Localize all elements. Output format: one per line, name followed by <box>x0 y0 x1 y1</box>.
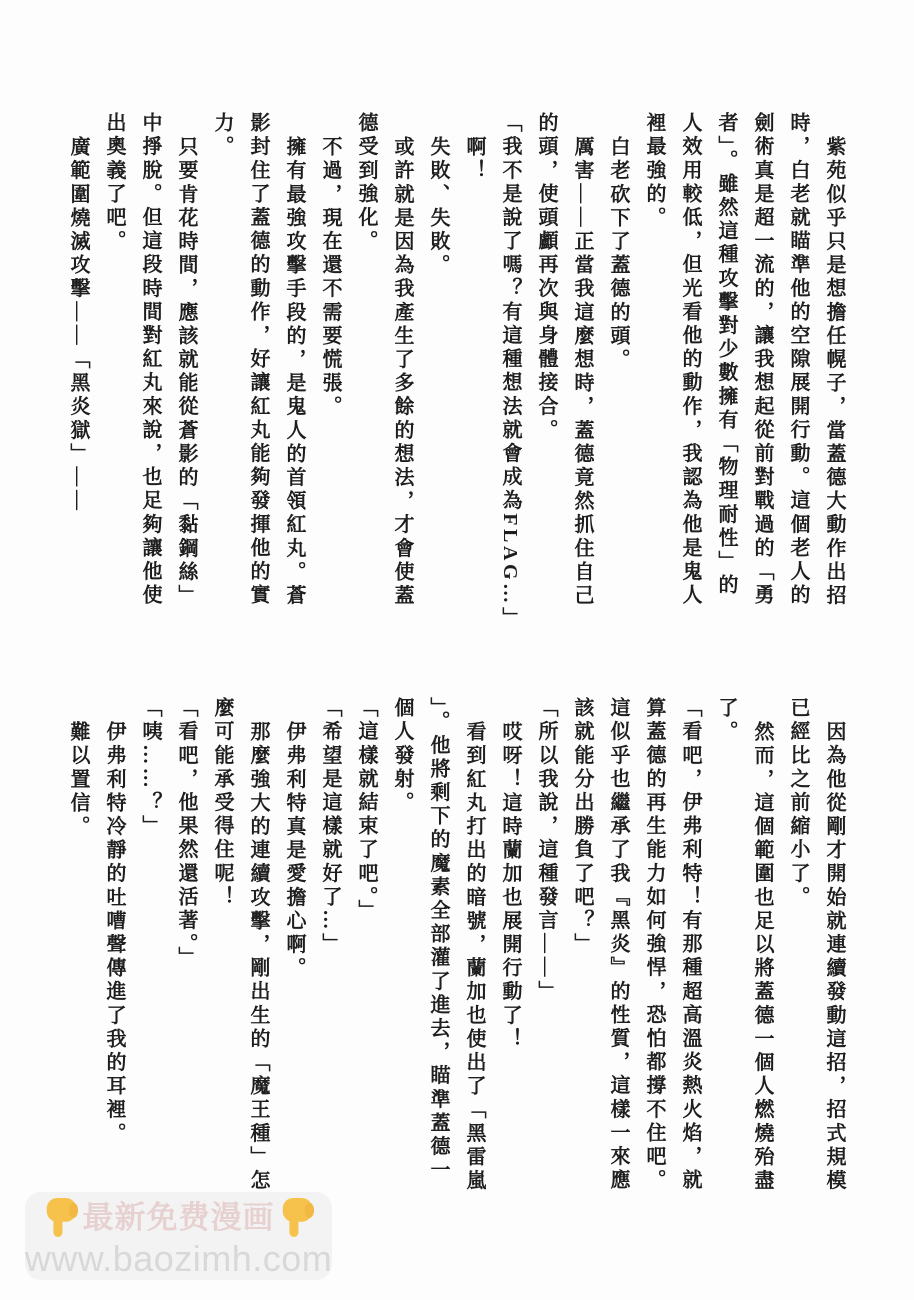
text-column: 這似乎也繼承了我『黑炎』的性質，這樣一來應 <box>600 697 636 1194</box>
text-column: 不過，現在還不需要慌張。 <box>312 112 348 609</box>
novel-text-bottom-block: 因為他從剛才開始就連續發動這招，招式規模已經比之前縮小了。然而，這個範圍也足以將… <box>60 697 852 1194</box>
novel-text-top-block: 紫苑似乎只是想擔任幌子，當蓋德大動作出招時，白老就瞄準他的空隙展開行動。這個老人… <box>60 112 852 609</box>
pointing-down-icon <box>42 1196 80 1238</box>
text-column: 難以置信。 <box>60 697 96 1194</box>
text-column: 紫苑似乎只是想擔任幌子，當蓋德大動作出招 <box>816 112 852 609</box>
text-column: 德受到強化。 <box>348 112 384 609</box>
text-column: 伊弗利特冷靜的吐嘈聲傳進了我的耳裡。 <box>96 697 132 1194</box>
text-column: 「希望是這樣就好了…」 <box>312 697 348 1194</box>
text-column: 」。他將剩下的魔素全部灌了進去，瞄準蓋德一 <box>420 697 456 1194</box>
text-column: 「咦……？」 <box>132 697 168 1194</box>
text-column: 出奧義了吧。 <box>96 112 132 609</box>
text-column: 因為他從剛才開始就連續發動這招，招式規模 <box>816 697 852 1194</box>
watermark-badge: 最新免费漫画 www.baozimh.com <box>25 1192 332 1280</box>
text-column: 伊弗利特真是愛擔心啊。 <box>276 697 312 1194</box>
text-column: 哎呀！這時蘭加也展開行動了！ <box>492 697 528 1194</box>
text-column: 中掙脫。但這段時間對紅丸來說，也足夠讓他使 <box>132 112 168 609</box>
text-column: 時，白老就瞄準他的空隙展開行動。這個老人的 <box>780 112 816 609</box>
text-column: 了。 <box>708 697 744 1194</box>
text-column: 者」。雖然這種攻擊對少數擁有「物理耐性」的 <box>708 112 744 609</box>
text-column: 「所以我說，這種發言——」 <box>528 697 564 1194</box>
watermark-url: www.baozimh.com <box>25 1241 333 1277</box>
text-column: 人效用較低，但光看他的動作，我認為他是鬼人 <box>672 112 708 609</box>
text-column: 擁有最強攻擊手段的，是鬼人的首領紅丸。蒼 <box>276 112 312 609</box>
novel-page: 紫苑似乎只是想擔任幌子，當蓋德大動作出招時，白老就瞄準他的空隙展開行動。這個老人… <box>0 0 914 1300</box>
text-column: 白老砍下了蓋德的頭。 <box>600 112 636 609</box>
text-column: 失敗、失敗。 <box>420 112 456 609</box>
text-column: 個人發射。 <box>384 697 420 1194</box>
text-column: 那麼強大的連續攻擊，剛出生的「魔王種」怎 <box>240 697 276 1194</box>
text-column: 「我不是說了嗎？有這種想法就會成為FLAG…」 <box>492 112 528 609</box>
text-column: 已經比之前縮小了。 <box>780 697 816 1194</box>
text-column: 力。 <box>204 112 240 609</box>
watermark-title-row: 最新免费漫画 <box>42 1195 316 1239</box>
text-column: 「看吧，伊弗利特！有那種超高溫炎熱火焰，就 <box>672 697 708 1194</box>
text-column: 或許就是因為我產生了多餘的想法，才會使蓋 <box>384 112 420 609</box>
text-column: 「這樣就結束了吧。」 <box>348 697 384 1194</box>
text-column: 厲害——正當我這麼想時，蓋德竟然抓住自己 <box>564 112 600 609</box>
text-column: 該就能分出勝負了吧？」 <box>564 697 600 1194</box>
text-column: 算蓋德的再生能力如何強悍，恐怕都撐不住吧。 <box>636 697 672 1194</box>
text-column: 然而，這個範圍也足以將蓋德一個人燃燒殆盡 <box>744 697 780 1194</box>
text-column: 影封住了蓋德的動作，好讓紅丸能夠發揮他的實 <box>240 112 276 609</box>
text-column: 廣範圍燒滅攻擊——「黑炎獄」—— <box>60 112 96 609</box>
text-column: 麼可能承受得住呢！ <box>204 697 240 1194</box>
text-column: 「看吧，他果然還活著。」 <box>168 697 204 1194</box>
text-column: 裡最強的。 <box>636 112 672 609</box>
text-column: 的頭，使頭顱再次與身體接合。 <box>528 112 564 609</box>
watermark-title: 最新免费漫画 <box>83 1202 275 1233</box>
text-column: 看到紅丸打出的暗號，蘭加也使出了「黑雷嵐 <box>456 697 492 1194</box>
text-column: 劍術真是超一流的，讓我想起從前對戰過的「勇 <box>744 112 780 609</box>
text-column: 只要肯花時間，應該就能從蒼影的「黏鋼絲」 <box>168 112 204 609</box>
text-column: 啊！ <box>456 112 492 609</box>
pointing-down-icon <box>278 1196 316 1238</box>
